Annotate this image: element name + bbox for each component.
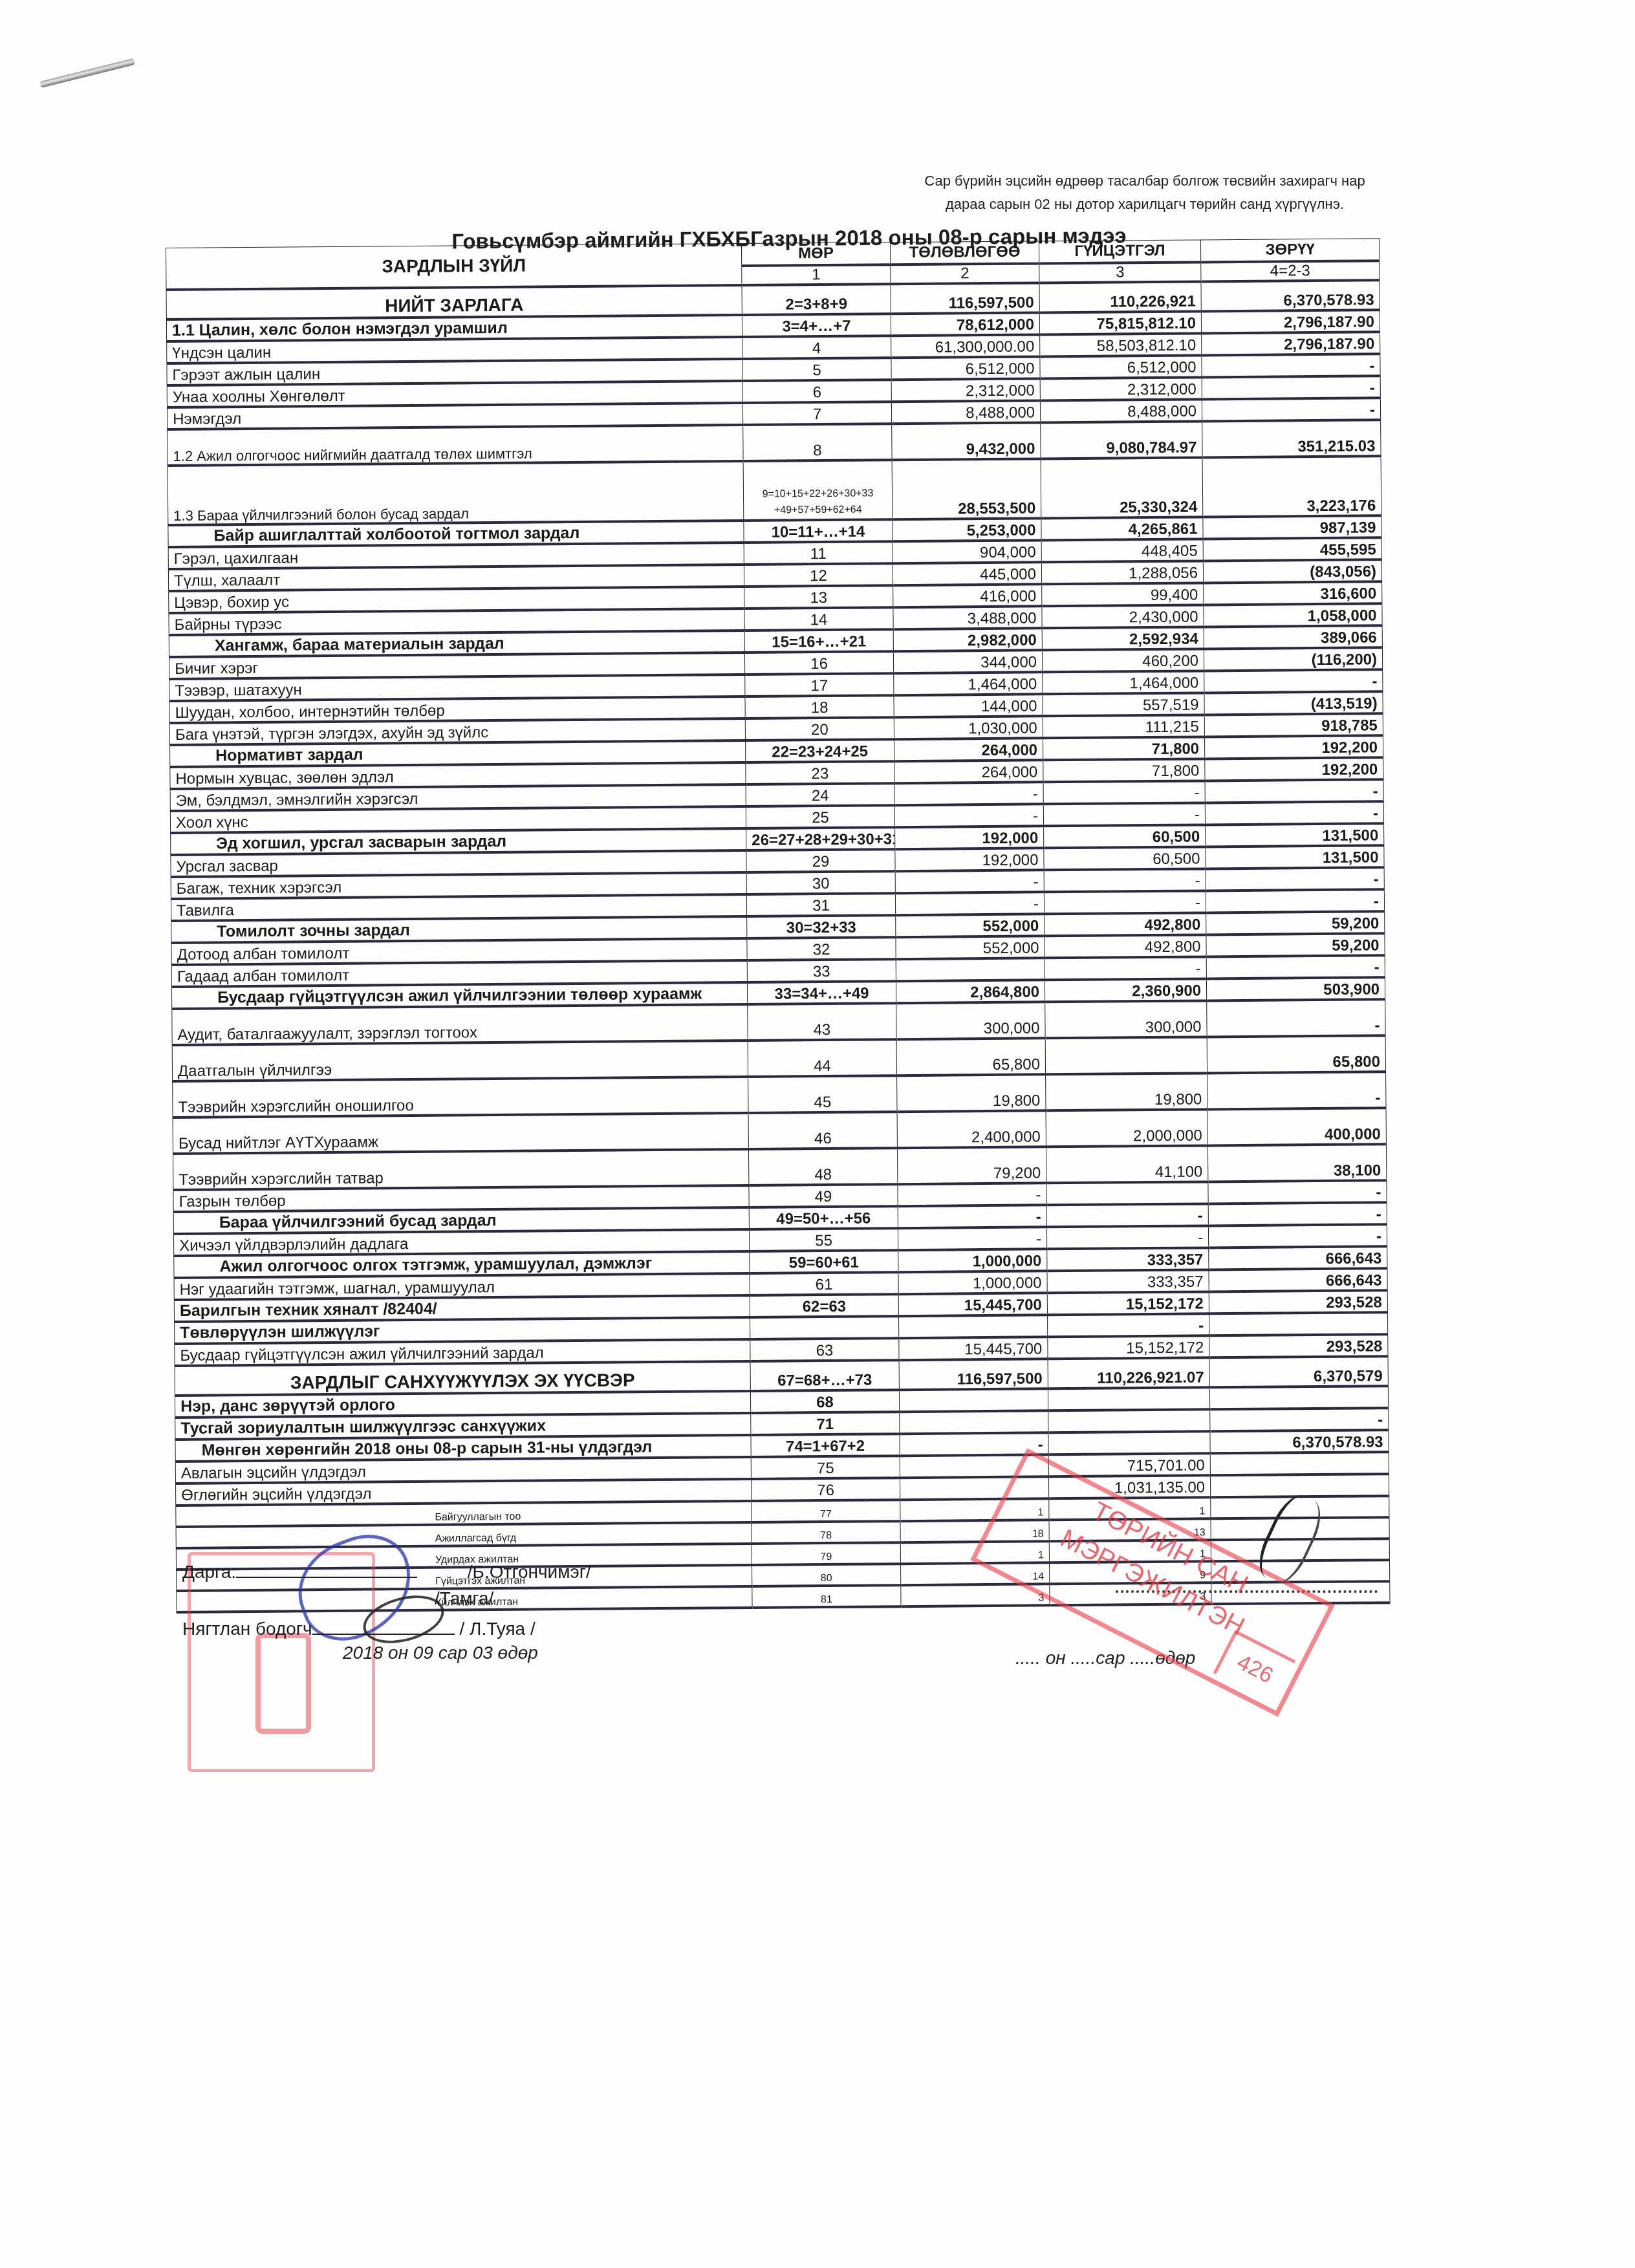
table-cell-code: 81: [752, 1585, 901, 1608]
table-cell-actual: 111,215: [1043, 715, 1204, 738]
table-cell-code: 13: [744, 585, 893, 609]
table-cell-code: 45: [748, 1075, 897, 1113]
table-cell-diff: (116,200): [1204, 647, 1382, 671]
table-cell-plan: 61,300,000.00: [891, 334, 1040, 358]
table-cell-item: Бусад нийтлэг АҮТХураамж: [173, 1113, 748, 1154]
table-cell-code: 71: [751, 1412, 900, 1435]
table-cell-actual: 71,800: [1043, 737, 1204, 760]
table-cell-diff: -: [1210, 1408, 1389, 1431]
table-cell-actual: 448,405: [1041, 539, 1203, 562]
table-cell-actual: 19,800: [1046, 1073, 1207, 1110]
accountant-sign-blank: [312, 1617, 455, 1635]
table-cell-code: [750, 1316, 899, 1339]
header-diff-no: 4=2-3: [1201, 261, 1380, 282]
soyombo-emblem-icon: [255, 1633, 311, 1734]
table-cell-diff: 293,528: [1209, 1290, 1387, 1313]
table-cell-item: НИЙТ ЗАРЛАГА: [166, 285, 742, 319]
table-cell-plan: 1,000,000: [898, 1271, 1047, 1294]
table-cell-code: 61: [750, 1272, 898, 1295]
table-cell-diff: -: [1202, 354, 1380, 377]
director-name: /Б.Отгончимэг/: [468, 1562, 591, 1582]
table-cell-plan: 28,553,500: [892, 459, 1041, 519]
table-cell-code: 76: [751, 1478, 900, 1501]
table-cell-actual: 75,815,812.10: [1039, 311, 1201, 334]
table-cell-code: 46: [748, 1112, 897, 1149]
table-cell-plan: -: [894, 782, 1043, 805]
table-cell-actual: 15,152,172: [1047, 1291, 1209, 1315]
table-cell-code: 3=4+…+7: [742, 314, 891, 337]
table-cell-plan: 192,000: [895, 826, 1044, 849]
table-cell-plan: 116,597,500: [891, 283, 1039, 314]
table-cell-code: 67=68+…+73: [750, 1360, 899, 1391]
table-cell-actual: -: [1046, 1226, 1208, 1249]
table-cell-plan: 8,488,000: [891, 400, 1040, 424]
table-cell-code: 75: [751, 1456, 900, 1479]
table-cell-code: 20: [745, 717, 894, 740]
table-cell-code: 26=27+28+29+30+31: [746, 827, 895, 850]
director-label: Дарга:: [182, 1562, 236, 1582]
table-cell-actual: -: [1045, 956, 1206, 980]
table-cell-diff: 293,528: [1209, 1334, 1388, 1357]
table-cell-plan: 416,000: [893, 584, 1042, 607]
report-date: 2018 он 09 сар 03 өдөр: [343, 1643, 538, 1663]
table-cell-plan: 264,000: [894, 738, 1043, 761]
header-item: ЗАРДЛЫН ЗҮЙЛ: [166, 244, 742, 290]
table-cell-code: 31: [746, 893, 895, 916]
staple-mark: [39, 58, 135, 88]
table-cell-diff: -: [1202, 398, 1380, 421]
table-cell-actual: 9,080,784.97: [1041, 421, 1202, 459]
header-plan: ТӨЛӨВЛӨГӨӨ: [890, 241, 1039, 265]
table-cell-actual: [1048, 1387, 1209, 1410]
table-cell-plan: 264,000: [894, 760, 1043, 783]
table-cell-diff: 192,200: [1204, 735, 1383, 759]
table-cell-actual: 110,226,921: [1039, 281, 1201, 312]
table-cell-code: 32: [747, 937, 896, 960]
table-cell-actual: 110,226,921.07: [1048, 1357, 1209, 1388]
submission-note: Сар бүрийн эцсийн өдрөөр тасалбар болгож…: [880, 169, 1410, 216]
table-cell-diff: 666,643: [1209, 1268, 1387, 1291]
table-cell-diff: (413,519): [1204, 691, 1383, 715]
table-cell-actual: 58,503,812.10: [1040, 333, 1202, 356]
director-sign-blank: [236, 1560, 417, 1578]
table-cell-code: 30=32+33: [747, 915, 896, 938]
table-cell-actual: 557,519: [1043, 693, 1204, 716]
table-cell-diff: -: [1208, 1180, 1387, 1204]
table-cell-code: 12: [744, 563, 893, 587]
accountant-label: Нягтлан бодогч: [182, 1619, 312, 1639]
table-cell-plan: 552,000: [896, 936, 1045, 959]
table-cell-code: 49=50+…+56: [749, 1206, 898, 1229]
table-cell-plan: 445,000: [893, 562, 1041, 585]
table-cell-diff: -: [1208, 1224, 1387, 1247]
table-cell-plan: -: [895, 892, 1044, 915]
table-cell-diff: 918,785: [1204, 713, 1383, 737]
table-cell-plan: 1,000,000: [898, 1249, 1047, 1272]
director-signature-line: Дарга: /Б.Отгончимэг/: [182, 1560, 591, 1582]
table-cell-actual: 2,000,000: [1046, 1109, 1207, 1147]
table-cell-plan: 15,445,700: [899, 1337, 1048, 1360]
table-cell-code: 68: [750, 1390, 899, 1413]
table-cell-plan: 344,000: [893, 650, 1042, 673]
table-cell-plan: 5,253,000: [893, 518, 1041, 541]
table-cell-actual: -: [1048, 1313, 1209, 1337]
header-actual: ГҮЙЦЭТГЭЛ: [1039, 240, 1200, 263]
table-cell-code: 63: [750, 1338, 899, 1361]
table-cell-diff: 2,796,187.90: [1201, 310, 1380, 333]
table-cell-plan: 2,400,000: [897, 1110, 1046, 1148]
report-body: НИЙТ ЗАРЛАГА2=3+8+9116,597,500110,226,92…: [166, 280, 1390, 1612]
table-cell-actual: -: [1043, 781, 1205, 804]
table-cell-code: 18: [745, 695, 894, 718]
table-cell-plan: -: [898, 1227, 1046, 1250]
table-cell-plan: 79,200: [897, 1147, 1046, 1184]
table-cell-item: Тээврийн хэрэгслийн татвар: [173, 1149, 749, 1190]
table-cell-actual: -: [1046, 1204, 1208, 1227]
table-cell-code: 43: [748, 1003, 896, 1041]
header-plan-no: 2: [891, 263, 1039, 284]
table-cell-plan: 6,512,000: [891, 356, 1040, 380]
table-cell-code: 23: [746, 761, 894, 784]
table-cell-diff: 6,370,578.93: [1201, 280, 1380, 311]
table-cell-code: 49: [749, 1184, 898, 1207]
table-cell-code: 29: [746, 849, 895, 872]
table-cell-code: 55: [749, 1228, 898, 1251]
table-cell-diff: -: [1205, 779, 1383, 803]
table-cell-actual: -: [1044, 869, 1206, 892]
table-cell-actual: 460,200: [1042, 649, 1204, 672]
table-cell-diff: 59,200: [1206, 933, 1385, 956]
table-cell-diff: -: [1206, 955, 1385, 978]
table-cell-diff: 6,370,579: [1209, 1356, 1388, 1387]
table-cell-code: 4: [742, 336, 891, 359]
table-cell-diff: -: [1207, 999, 1385, 1037]
table-cell-plan: 116,597,500: [899, 1359, 1048, 1390]
note-line-1: Сар бүрийн эцсийн өдрөөр тасалбар болгож…: [880, 169, 1410, 193]
table-cell-code: 24: [746, 783, 894, 806]
table-cell-diff: 59,200: [1206, 911, 1385, 934]
table-cell-actual: [1045, 1037, 1207, 1074]
table-cell-plan: 2,312,000: [891, 378, 1040, 402]
table-cell-code: 80: [752, 1564, 901, 1586]
table-cell-plan: 78,612,000: [891, 312, 1039, 336]
table-cell-diff: [1209, 1312, 1387, 1335]
table-cell-plan: -: [898, 1183, 1046, 1206]
table-cell-actual: 99,400: [1042, 583, 1204, 606]
table-cell-diff: -: [1202, 376, 1380, 399]
table-cell-item: Даатгалын үйлчилгээ: [172, 1041, 748, 1081]
table-cell-code: 11: [744, 541, 893, 565]
table-cell-plan: 144,000: [894, 694, 1043, 717]
table-cell-plan: 19,800: [897, 1074, 1046, 1112]
table-cell-code: 8: [743, 424, 892, 461]
table-cell-code: 17: [745, 673, 894, 697]
table-cell-actual: 25,330,324: [1041, 457, 1203, 518]
table-cell-actual: 2,592,934: [1042, 627, 1204, 650]
table-cell-actual: 8,488,000: [1040, 399, 1202, 422]
table-cell-plan: [900, 1410, 1048, 1434]
table-cell-actual: 2,360,900: [1045, 978, 1206, 1002]
header-diff: ЗӨРҮҮ: [1200, 239, 1379, 262]
table-cell-diff: 3,223,176: [1202, 456, 1381, 517]
table-cell-plan: [896, 958, 1045, 981]
table-cell-actual: [1046, 1182, 1208, 1205]
table-cell-diff: 351,215.03: [1202, 420, 1381, 457]
table-cell-plan: 2,864,800: [896, 980, 1045, 1003]
table-cell-diff: -: [1205, 801, 1383, 825]
table-cell-diff: (843,056): [1203, 559, 1381, 583]
table-cell-code: 74=1+67+2: [751, 1434, 900, 1457]
table-cell-diff: [1209, 1386, 1388, 1409]
table-cell-code: 16: [744, 651, 893, 675]
table-cell-code: 33=34+…+49: [747, 981, 896, 1004]
table-cell-diff: 65,800: [1207, 1035, 1385, 1073]
table-cell-actual: 4,265,861: [1041, 517, 1203, 540]
table-cell-code: 10=11+…+14: [744, 519, 893, 543]
table-cell-diff: 2,796,187.90: [1202, 332, 1380, 355]
table-cell-actual: 60,500: [1044, 847, 1206, 870]
table-cell-actual: 300,000: [1045, 1000, 1207, 1038]
table-cell-plan: -: [898, 1205, 1046, 1228]
table-cell-diff: 38,100: [1207, 1144, 1386, 1182]
table-cell-code: 30: [746, 871, 895, 894]
table-cell-actual: 2,312,000: [1040, 377, 1202, 400]
table-cell-plan: 9,432,000: [892, 422, 1041, 460]
table-cell-actual: 60,500: [1044, 825, 1206, 848]
table-cell-actual: 492,800: [1045, 934, 1206, 958]
table-cell-plan: [899, 1315, 1048, 1338]
table-cell-plan: 552,000: [896, 914, 1045, 937]
table-cell-diff: 6,370,578.93: [1210, 1430, 1389, 1453]
table-cell-diff: -: [1206, 867, 1384, 891]
table-cell-diff: 1,058,000: [1204, 603, 1382, 627]
table-cell-actual: 2,430,000: [1042, 605, 1204, 628]
table-cell-diff: [1210, 1452, 1389, 1475]
table-cell-diff: 131,500: [1206, 845, 1384, 869]
table-cell-code: 33: [747, 959, 896, 982]
table-cell-plan: 3,488,000: [893, 606, 1042, 629]
header-code-no: 1: [742, 265, 891, 285]
table-cell-code: 79: [752, 1542, 900, 1565]
table-cell-actual: 1,288,056: [1041, 561, 1203, 584]
table-cell-plan: 15,445,700: [898, 1293, 1047, 1316]
table-cell-plan: 1,464,000: [894, 672, 1043, 695]
table-cell-plan: 1,030,000: [894, 716, 1043, 739]
table-cell-plan: 904,000: [893, 540, 1041, 563]
table-cell-plan: 65,800: [896, 1038, 1045, 1075]
table-cell-item: ЗАРДЛЫГ САНХҮҮЖҮҮЛЭХ ЭХ ҮҮСВЭР: [175, 1361, 750, 1396]
table-cell-actual: 1,464,000: [1043, 671, 1204, 694]
table-cell-code: 7: [742, 402, 891, 425]
table-cell-code: 5: [742, 358, 891, 381]
table-cell-code: 44: [748, 1039, 896, 1077]
table-cell-code: 48: [748, 1148, 897, 1185]
table-cell-plan: [899, 1388, 1048, 1412]
table-row: 1.3 Бараа үйлчилгээний болон бусад зарда…: [168, 456, 1381, 525]
table-cell-diff: 503,900: [1206, 977, 1385, 1000]
table-cell-diff: 131,500: [1206, 823, 1384, 847]
table-cell-code: 22=23+24+25: [746, 739, 894, 762]
table-cell-actual: -: [1043, 803, 1205, 826]
accountant-signature-line: Нягтлан бодогч / Л.Туяа /: [182, 1617, 536, 1639]
accountant-name: / Л.Туяа /: [459, 1619, 535, 1639]
table-cell-actual: 333,357: [1047, 1247, 1209, 1271]
table-cell-diff: 666,643: [1209, 1246, 1387, 1269]
table-cell-diff: [1210, 1474, 1389, 1497]
table-cell-actual: 41,100: [1046, 1145, 1207, 1183]
table-cell-code: 14: [744, 607, 893, 631]
table-cell-actual: -: [1044, 891, 1206, 914]
table-cell-code: 15=16+…+21: [744, 629, 893, 653]
table-cell-diff: 389,066: [1204, 625, 1382, 649]
table-cell-plan: -: [894, 804, 1043, 827]
table-cell-actual: 6,512,000: [1040, 355, 1202, 378]
table-cell-code: 25: [746, 805, 894, 828]
table-cell-actual: 333,357: [1047, 1269, 1209, 1293]
table-cell-diff: -: [1206, 889, 1384, 913]
table-cell-diff: 192,200: [1205, 757, 1383, 781]
expense-report-table: ЗАРДЛЫН ЗҮЙЛ МӨР ТӨЛӨВЛӨГӨӨ ГҮЙЦЭТГЭЛ ЗӨ…: [166, 238, 1391, 1614]
header-code: МӨР: [741, 243, 890, 266]
table-cell-code: 59=60+61: [750, 1250, 898, 1273]
table-cell-actual: 492,800: [1045, 913, 1206, 936]
table-cell-actual: [1048, 1431, 1210, 1454]
table-cell-actual: 71,800: [1043, 759, 1205, 782]
table-cell-diff: 316,600: [1204, 581, 1382, 605]
table-cell-plan: 300,000: [896, 1002, 1045, 1039]
table-cell-actual: [1048, 1409, 1210, 1432]
table-cell-plan: 192,000: [895, 848, 1044, 871]
table-cell-code: 77: [752, 1500, 900, 1522]
table-cell-diff: 455,595: [1203, 537, 1381, 561]
table-cell-item: 1.3 Бараа үйлчилгээний болон бусад зарда…: [168, 461, 744, 525]
table-cell-code: 9=10+15+22+26+30+33 +49+57+59+62+64: [743, 460, 893, 521]
table-cell-code: 78: [752, 1521, 900, 1544]
note-line-2: дараа сарын 02 ны дотор харилцагч төрийн…: [880, 193, 1410, 216]
table-cell-diff: 400,000: [1207, 1108, 1386, 1145]
seal-label: /Тамга/: [435, 1588, 493, 1609]
table-cell-diff: -: [1204, 669, 1383, 693]
table-cell-actual: 15,152,172: [1048, 1335, 1209, 1359]
table-cell-diff: -: [1208, 1202, 1387, 1226]
table-cell-item: Аудит, баталгаажуулалт, зэрэглэл тогтоох: [172, 1004, 748, 1045]
table-cell-plan: -: [895, 870, 1044, 893]
table-cell-diff: -: [1207, 1072, 1386, 1109]
table-cell-item: 1.2 Ажил олгогчоос нийгмийн даатгалд төл…: [168, 425, 743, 466]
table-cell-code: 6: [742, 380, 891, 403]
table-cell-diff: 987,139: [1203, 515, 1381, 539]
table-cell-code: 2=3+8+9: [742, 284, 891, 315]
table-cell-plan: 2,982,000: [893, 628, 1042, 651]
header-actual-no: 3: [1039, 262, 1201, 283]
table-cell-item: Тээврийн хэрэгслийн оношилгоо: [173, 1077, 748, 1118]
table-cell-code: 62=63: [750, 1294, 898, 1317]
